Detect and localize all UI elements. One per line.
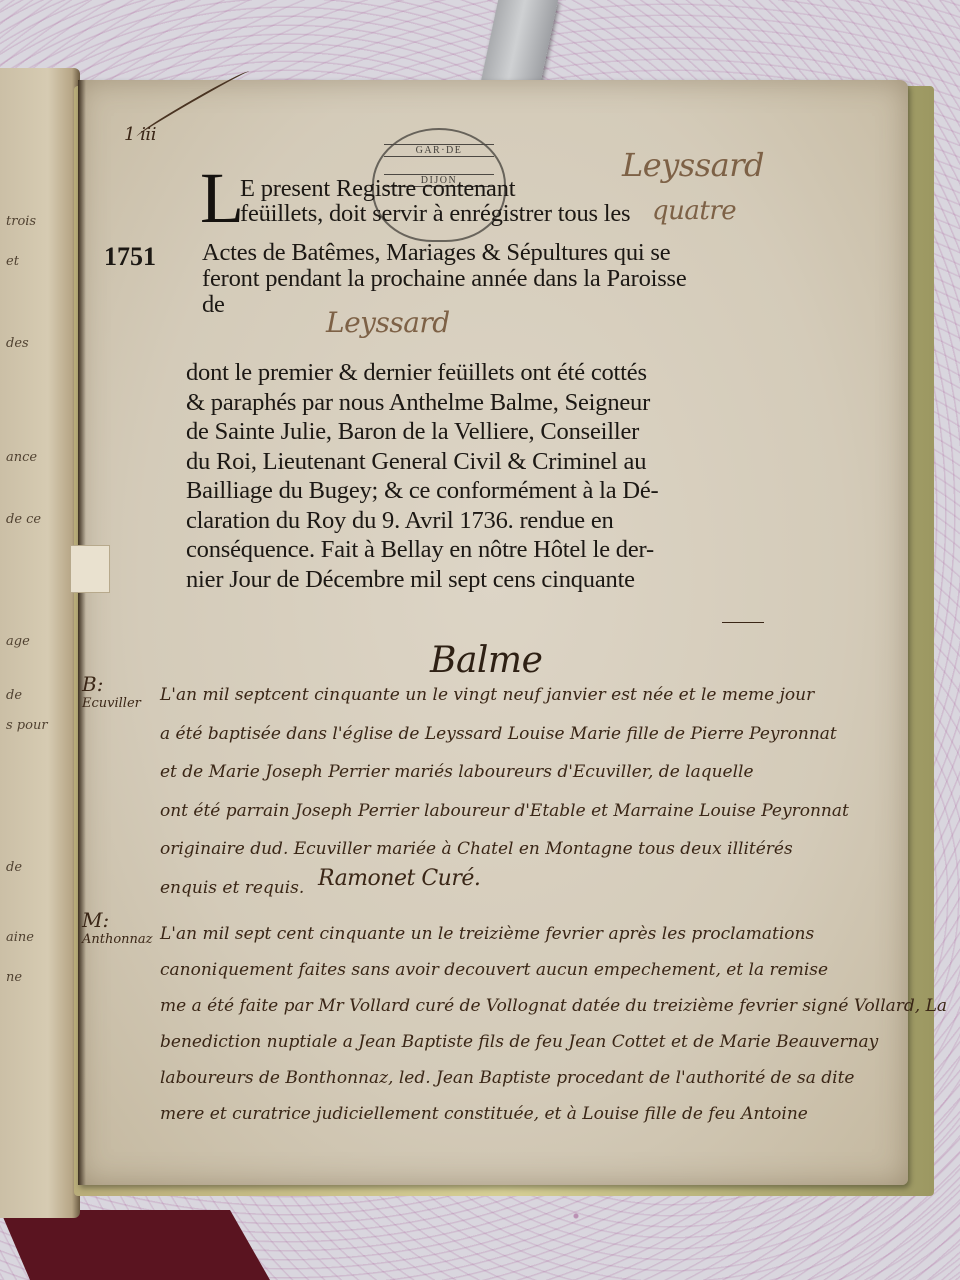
printed-line: E present Registre contenant — [240, 178, 515, 200]
count-word: quatre — [652, 196, 736, 226]
printed-line: du Roi, Lieutenant General Civil & Crimi… — [186, 447, 658, 477]
entry-line: enquis et requis. — [160, 869, 849, 908]
entry-line: laboureurs de Bonthonnaz, led. Jean Bapt… — [160, 1060, 947, 1096]
stamp-line-1: GAR·DE — [384, 144, 494, 157]
entry-line: benediction nuptiale a Jean Baptiste fil… — [160, 1024, 947, 1060]
entry-line: L'an mil sept cent cinquante un le treiz… — [160, 916, 947, 952]
printed-line: Bailliage du Bugey; & ce conformément à … — [186, 476, 658, 506]
entry-line: mere et curatrice judiciellement constit… — [160, 1096, 947, 1132]
printed-line: dont le premier & dernier feüillets ont … — [186, 358, 658, 388]
printed-block-1b: feüillets, doit servir à enrégistrer tou… — [240, 203, 630, 225]
entry-line: originaire dud. Ecuviller mariée à Chate… — [160, 830, 849, 869]
entry-line: me a été faite par Mr Vollard curé de Vo… — [160, 988, 947, 1024]
official-signature: Balme — [430, 640, 542, 681]
margin-year: 1751 — [104, 242, 156, 272]
entry-1-hamlet: Ecuviller — [82, 696, 141, 711]
entry-line: et de Marie Joseph Perrier mariés labour… — [160, 753, 849, 792]
red-cloth-background — [0, 1210, 270, 1280]
left-page-fragment: aine — [6, 930, 34, 945]
parish-name-top: Leyssard — [622, 146, 764, 184]
printed-line: nier Jour de Décembre mil sept cens cinq… — [186, 565, 658, 595]
left-page-fragment: de — [6, 860, 22, 875]
printed-line: de Sainte Julie, Baron de la Velliere, C… — [186, 417, 658, 447]
entry-2-marriage: L'an mil sept cent cinquante un le treiz… — [160, 916, 947, 1132]
printed-line: claration du Roy du 9. Avril 1736. rendu… — [186, 506, 658, 536]
entry-1-signature: Ramonet Curé. — [318, 866, 480, 891]
left-page-fragment: de ce — [6, 512, 41, 527]
entry-2-hamlet: Anthonnaz — [82, 932, 153, 947]
entry-1-type: B: — [82, 672, 141, 696]
paper-tab-marker — [70, 545, 110, 593]
left-page-fragment: age — [6, 634, 30, 649]
left-page-fragment: de — [6, 688, 22, 703]
entry-2-type: M: — [82, 908, 153, 932]
entry-line: ont été parrain Joseph Perrier laboureur… — [160, 792, 849, 831]
entry-line: canoniquement faites sans avoir decouver… — [160, 952, 947, 988]
corner-mark: 1 iii — [124, 124, 156, 145]
printed-block-1: E present Registre contenant — [240, 178, 515, 200]
entry-line: L'an mil septcent cinquante un le vingt … — [160, 676, 849, 715]
entry-line: a été baptisée dans l'église de Leyssard… — [160, 715, 849, 754]
printed-block-2: dont le premier & dernier feüillets ont … — [186, 358, 658, 594]
left-page-fragment: ne — [6, 970, 22, 985]
entry-1-margin: B: Ecuviller — [82, 672, 141, 711]
left-page-fragment: et — [6, 254, 19, 269]
left-page-fragment: ance — [6, 450, 37, 465]
drop-cap: L — [200, 168, 244, 228]
left-page-fragment: des — [6, 336, 29, 351]
left-page-fragment: trois — [6, 214, 36, 229]
end-rule — [722, 622, 764, 623]
entry-1-baptism: L'an mil septcent cinquante un le vingt … — [160, 676, 849, 907]
left-page-fragment: s pour — [6, 718, 48, 733]
facing-left-page: trois et des ance de ce age de s pour de… — [0, 68, 80, 1218]
printed-line: feüillets, doit servir à enrégistrer tou… — [240, 203, 630, 225]
printed-line: feront pendant la prochaine année dans l… — [202, 266, 687, 292]
entry-2-margin: M: Anthonnaz — [82, 908, 153, 947]
printed-line: & paraphés par nous Anthelme Balme, Seig… — [186, 388, 658, 418]
printed-line: Actes de Batêmes, Mariages & Sépultures … — [202, 240, 687, 266]
printed-line: conséquence. Fait à Bellay en nôtre Hôte… — [186, 535, 658, 565]
parish-name-inline: Leyssard — [326, 306, 450, 339]
